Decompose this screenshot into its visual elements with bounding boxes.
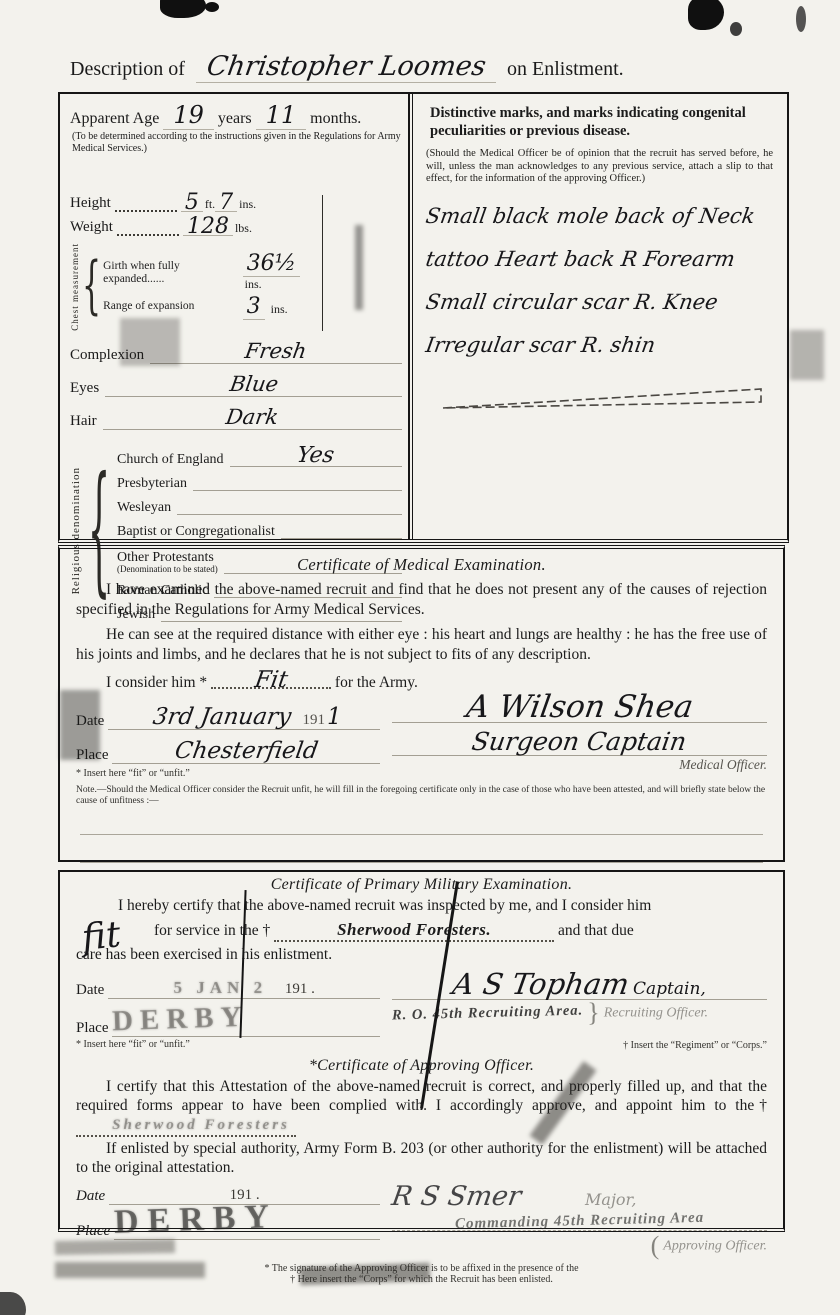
place-label: Place (76, 1223, 110, 1240)
blank-ruled-line (80, 835, 763, 863)
military-date-place: Date 5 JAN 2 191 . Place DERBY * Insert … (76, 968, 380, 1051)
place-value: Chesterfield (166, 744, 327, 759)
years-unit: years (218, 110, 252, 127)
hair-value: Dark (225, 410, 280, 425)
stamp-smudge (55, 1239, 175, 1255)
recruit-name: Christopher Loomes (196, 52, 496, 83)
printed-year: 191 (302, 712, 325, 728)
medical-officer-signature: A Wilson Shea Surgeon Captain Medical Of… (380, 696, 767, 779)
eyes-label: Eyes (70, 380, 99, 397)
approving-paragraph-2: If enlisted by special authority, Army F… (76, 1139, 767, 1177)
signature-line: A S Topham Captain, (392, 974, 767, 1000)
medical-certificate-title: Certificate of Medical Examination. (76, 555, 767, 575)
date-label: Date (76, 1188, 105, 1205)
distinctive-marks-column: Distinctive marks, and marks indicating … (408, 94, 787, 539)
expansion-value-row: 3 ins. (243, 299, 320, 318)
girth-value-row: 36½ ins. (243, 256, 320, 293)
medical-certificate-box: Certificate of Medical Examination. I ha… (58, 545, 785, 862)
weight-label: Weight (70, 219, 113, 236)
date-stamp: 5 JAN 2 (174, 978, 268, 997)
signature-rank-line: Surgeon Captain (392, 733, 767, 756)
approving-officer-signature: R S Smer Major, Commanding 45th Recruiti… (380, 1181, 767, 1261)
mark-entry: Small black mole back of Neck (426, 203, 773, 229)
military-place-row: Place DERBY (76, 1007, 380, 1037)
blank-ruled-line (80, 807, 763, 835)
measurements-table: Height 5 ft. 7 ins. Weight 128 lbs. Ches… (70, 195, 323, 331)
ink-smear (60, 690, 100, 760)
printed-year: 191 . (271, 981, 315, 997)
expansion-value: 3 (243, 294, 265, 320)
girth-value: 36½ (243, 251, 300, 277)
distinctive-marks-note: (Should the Medical Officer be of opinio… (426, 148, 773, 186)
complexion-value: Fresh (244, 344, 308, 359)
page-edge-mark (0, 1292, 26, 1315)
signature-line: A Wilson Shea (392, 696, 767, 723)
recruiting-officer-rank: Captain, (633, 979, 706, 999)
approving-corps-stamp: Sherwood Foresters (76, 1116, 296, 1137)
girth-unit: ins. (245, 277, 262, 291)
ins-unit: ins. (239, 197, 256, 212)
mark-entry: Irregular scar R. shin (426, 332, 773, 358)
area-stamp-row: Commanding 45th Recruiting Area (392, 1212, 767, 1231)
expansion-label: Range of expansion (103, 300, 239, 313)
chest-measurement-group: Chest measurement { Girth when fully exp… (70, 243, 320, 331)
military-line2: for service in the † Sherwood Foresters.… (76, 920, 767, 942)
medical-officer-role: Medical Officer. (392, 757, 767, 773)
medical-footnote: * Insert here “fit” or “unfit.” (76, 768, 380, 779)
ink-smear (355, 225, 363, 310)
medical-officer-name: A Wilson Shea (465, 696, 694, 718)
religion-row-baptist: Baptist or Congregationalist (117, 524, 402, 539)
mark-entry: tattoo Heart back R Forearm (426, 246, 773, 272)
medical-paragraph-1: I have examined the above-named recruit … (76, 580, 767, 620)
religion-row-church-of-england: Church of England Yes (117, 449, 402, 467)
ink-blot (796, 6, 806, 32)
military-certificate-title: Certificate of Primary Military Examinat… (76, 876, 767, 894)
approving-officer-role: Approving Officer. (663, 1239, 767, 1254)
scanned-enlistment-form: { "header": { "prefix": "Description of"… (0, 0, 840, 1315)
height-ins-value: 7 (215, 195, 237, 212)
height-label: Height (70, 195, 111, 212)
weight-value: 128 (183, 219, 233, 236)
year-digit: 1 (325, 704, 344, 730)
medical-signature-area: Date 3rd January 1911 Place Chesterfield… (76, 696, 767, 779)
medical-paragraph-2: He can see at the required distance with… (76, 625, 767, 665)
page-title: Description of Christopher Loomes on Enl… (70, 52, 780, 83)
military-date-row: Date 5 JAN 2 191 . (76, 978, 380, 999)
ink-smear (120, 318, 180, 366)
approving-officer-rank: Major, (525, 1190, 637, 1209)
approving-certificate-title: *Certificate of Approving Officer. (76, 1057, 767, 1075)
approving-signature-area: Date 191 . Place DERBY R S Smer Major, C… (76, 1181, 767, 1261)
chest-brace: { (82, 250, 101, 324)
distinctive-marks-heading: Distinctive marks, and marks indicating … (426, 104, 773, 140)
ink-blot (688, 0, 724, 30)
medical-officer-rank: Surgeon Captain (471, 733, 688, 751)
height-row: Height 5 ft. 7 ins. (70, 195, 320, 212)
medical-unfit-note: Note.—Should the Medical Officer conside… (76, 785, 767, 807)
age-years-value: 19 (163, 101, 214, 130)
date-value: 3rd January (144, 710, 300, 725)
dotted-leader (117, 223, 179, 236)
chest-vertical-label: Chest measurement (70, 243, 80, 331)
military-and-approving-box: Certificate of Primary Military Examinat… (58, 870, 785, 1232)
religion-value: Yes (296, 449, 335, 463)
ft-unit: ft. (205, 197, 215, 212)
place-label: Place (76, 1020, 108, 1037)
military-line3: care has been exercised in his enlistmen… (76, 946, 767, 964)
religion-label: Presbyterian (117, 476, 187, 491)
religion-row-wesleyan: Wesleyan (117, 500, 402, 515)
approving-role-row: ( Approving Officer. (392, 1231, 767, 1261)
hand-drawn-wedge-shape (439, 386, 769, 420)
medical-date-place: Date 3rd January 1911 Place Chesterfield… (76, 696, 380, 779)
recruiting-officer-role: Recruiting Officer. (604, 1006, 708, 1021)
religion-label: Church of England (117, 452, 224, 467)
dotted-leader (115, 199, 177, 212)
margin-fit-value: fit (80, 914, 123, 959)
hair-row: Hair Dark (70, 410, 402, 430)
description-left-column: Apparent Age 19 years 11 months. (To be … (60, 94, 408, 539)
and-that-due: and that due (558, 922, 634, 939)
hair-label: Hair (70, 413, 97, 430)
eyes-row: Eyes Blue (70, 377, 402, 397)
apparent-age-label: Apparent Age (70, 110, 159, 127)
military-footnote-right: † Insert the “Regiment” or “Corps.” (392, 1040, 767, 1051)
ink-blot (205, 2, 219, 12)
corps-value: Sherwood Foresters. (274, 920, 554, 942)
approving-place-row: Place DERBY (76, 1207, 380, 1240)
military-footnote-left: * Insert here “fit” or “unfit.” (76, 1039, 380, 1050)
military-signature-area: Date 5 JAN 2 191 . Place DERBY * Insert … (76, 968, 767, 1051)
brace-glyph: } (587, 998, 599, 1027)
title-prefix: Description of (70, 58, 185, 80)
age-months-value: 11 (256, 101, 307, 130)
consider-suffix: for the Army. (335, 674, 418, 691)
eyes-value: Blue (228, 377, 278, 392)
ink-blot (160, 0, 206, 18)
religion-label: Baptist or Congregationalist (117, 524, 275, 539)
mark-entry: Small circular scar R. Knee (426, 289, 773, 315)
signature-line: R S Smer Major, (392, 1181, 767, 1212)
consider-prefix: I consider him * (106, 674, 207, 691)
age-regulation-note: (To be determined according to the instr… (72, 131, 402, 155)
lbs-unit: lbs. (235, 221, 252, 236)
religion-row-presbyterian: Presbyterian (117, 476, 402, 491)
brace-glyph: ( (651, 1231, 660, 1260)
approving-officer-name: R S Smer (390, 1181, 524, 1212)
medical-date-row: Date 3rd January 1911 (76, 710, 380, 730)
service-in-the: for service in the † (154, 922, 270, 939)
recruiting-area-stamp: R. O. 45th Recruiting Area. (392, 1002, 584, 1024)
months-unit: months. (310, 110, 361, 127)
expansion-unit: ins. (271, 302, 288, 316)
chest-row-labels: Girth when fully expanded...... Range of… (103, 260, 239, 313)
fitness-value: Fit (211, 673, 331, 689)
place-stamp: DERBY (112, 1005, 249, 1034)
weight-row: Weight 128 lbs. (70, 219, 320, 236)
medical-place-row: Place Chesterfield (76, 744, 380, 764)
stamp-smudge (55, 1262, 205, 1278)
ink-blot (730, 22, 742, 36)
title-suffix: on Enlistment. (507, 58, 624, 80)
military-line1: I hereby certify that the above-named re… (76, 896, 767, 916)
girth-label: Girth when fully expanded...... (103, 260, 239, 286)
ink-smear (790, 330, 824, 380)
apparent-age-row: Apparent Age 19 years 11 months. (70, 106, 402, 128)
area-stamp-row: R. O. 45th Recruiting Area. } Recruiting… (392, 998, 767, 1028)
height-ft-value: 5 (181, 195, 203, 212)
commanding-area-stamp: Commanding 45th Recruiting Area (455, 1210, 705, 1234)
religion-label: Wesleyan (117, 500, 171, 515)
date-label: Date (76, 982, 104, 999)
chest-values: 36½ ins. 3 ins. (243, 256, 320, 318)
recruiting-officer-name: A S Topham (452, 974, 631, 994)
place-stamp: DERBY (114, 1204, 279, 1236)
